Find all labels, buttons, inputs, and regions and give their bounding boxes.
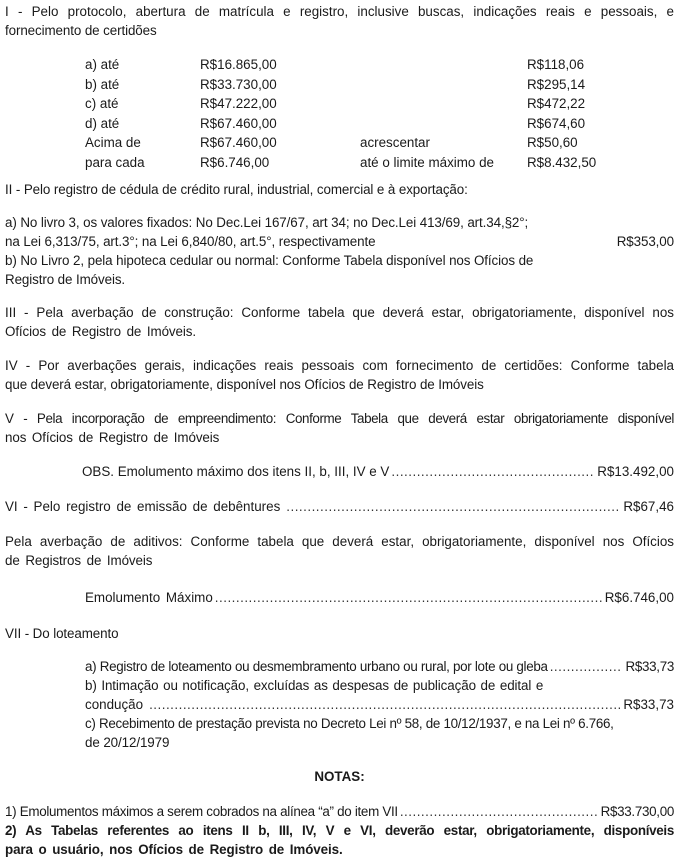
section-iii-line2: Ofícios de Registro de Imóveis. [5,322,196,341]
section-ii-b-line2: Registro de Imóveis. [5,270,125,289]
fee-table-note: acrescentar [360,133,430,152]
nota-1-row: 1) Emolumentos máximos a serem cobrados … [5,802,674,821]
section-v-line1: V - Pela incorporação de empreendimento:… [5,409,674,428]
fee-table-label: c) até [85,94,119,113]
fee-table-label: b) até [85,75,119,94]
notas-title: NOTAS: [5,767,674,786]
leader-dots [215,588,602,607]
leader-dots [286,497,620,516]
section-iv-line1: IV - Por averbações gerais, indicações r… [5,356,674,375]
section-ii-heading: II - Pelo registro de cédula de crédito … [5,180,468,199]
fee-table-amount: R$33.730,00 [200,75,277,94]
aditivos-max-label: Emolumento Máximo [85,588,213,607]
section-i-text-line2: fornecimento de certidões [5,21,157,40]
fee-table-fee: R$8.432,50 [527,153,596,172]
section-vii-b-row: condução R$33,73 [85,695,674,714]
section-ii-b-line1: b) No Livro 2, pela hipoteca cedular ou … [5,251,533,270]
fee-table-fee: R$50,60 [527,133,578,152]
nota-2-line1: 2) As Tabelas referentes ao itens II b, … [5,821,674,840]
fee-table-amount: R$67.460,00 [200,114,277,133]
section-v-line2: nos Ofícios de Registro de Imóveis [5,428,219,447]
obs-max-fee-row: OBS. Emolumento máximo dos itens II, b, … [82,462,674,481]
fee-table-label: a) até [85,55,119,74]
fee-table-amount: R$47.222,00 [200,94,277,113]
aditivos-max-value: R$6.746,00 [605,588,674,607]
leader-dots [550,657,623,676]
section-vii-a-row: a) Registro de loteamento ou desmembrame… [85,657,674,676]
fee-table-amount: R$6.746,00 [200,153,269,172]
fee-table-amount: R$67.460,00 [200,133,277,152]
section-iii-line1: III - Pela averbação de construção: Conf… [5,303,674,322]
section-vii-b-label: condução [85,695,143,714]
leader-dots [400,802,598,821]
fee-table-amount: R$16.865,00 [200,55,277,74]
section-i-text-line1: I - Pelo protocolo, abertura de matrícul… [5,2,674,21]
section-vii-b-value: R$33,73 [623,695,674,714]
section-vii-a-value: R$33,73 [625,657,674,676]
aditivos-line1: Pela averbação de aditivos: Conforme tab… [5,532,674,551]
nota-1-value: R$33.730,00 [601,802,674,821]
section-vii-c-line1: c) Recebimento de prestação prevista no … [85,714,614,733]
aditivos-line2: de Registros de Imóveis [5,551,152,570]
fee-table-label: d) até [85,114,119,133]
section-ii-a-fee: R$353,00 [617,232,674,251]
fee-table-label: para cada [85,153,145,172]
obs-label: OBS. Emolumento máximo dos itens II, b, … [82,462,389,481]
section-vi-value: R$67,46 [623,497,674,516]
aditivos-max-row: Emolumento Máximo R$6.746,00 [85,588,674,607]
section-ii-a-line1: a) No livro 3, os valores fixados: No De… [5,213,528,232]
fee-table-fee: R$674,60 [527,114,585,133]
fee-table-note: até o limite máximo de [360,153,494,172]
fee-table-label: Acima de [85,133,141,152]
fee-table-fee: R$118,06 [527,55,584,74]
fee-table-fee: R$472,22 [527,94,585,113]
section-vii-a-label: a) Registro de loteamento ou desmembrame… [85,657,548,676]
leader-dots [391,462,594,481]
obs-value: R$13.492,00 [597,462,674,481]
section-vi-label: VI - Pelo registro de emissão de debêntu… [5,497,280,516]
nota-2-line2: para o usuário, nos Ofícios de Registro … [5,840,343,859]
leader-dots [149,695,620,714]
section-vi-row: VI - Pelo registro de emissão de debêntu… [5,497,674,516]
fee-table-fee: R$295,14 [527,75,585,94]
section-vii-b-line1: b) Intimação ou notificação, excluídas a… [85,676,543,695]
nota-1-label: 1) Emolumentos máximos a serem cobrados … [5,802,398,821]
section-vii-c-line2: de 20/12/1979 [85,733,169,752]
section-iv-line2: que deverá estar, obrigatoriamente, disp… [5,375,484,394]
section-ii-a-line2: na Lei 6,313/75, art.3°; na Lei 6,840/80… [5,232,375,251]
section-vii-heading: VII - Do loteamento [5,624,118,643]
